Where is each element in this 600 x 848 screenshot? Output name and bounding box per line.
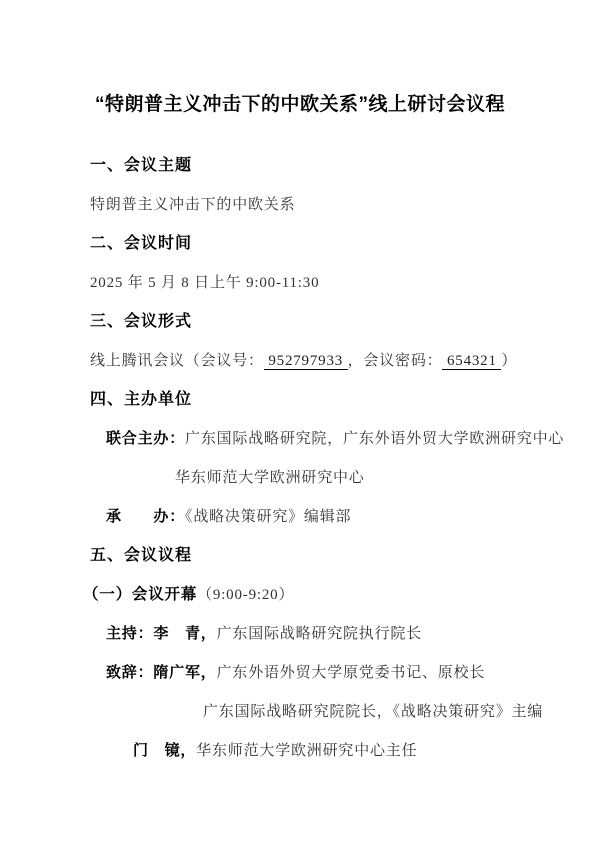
organizer-value: 《战略决策研究》编辑部 bbox=[185, 509, 351, 525]
section3-heading: 三、会议形式 bbox=[90, 312, 192, 332]
host-name: 李 青， bbox=[153, 625, 216, 642]
speaker1-title-1: 广东外语外贸大学原党委书记、原校长 bbox=[217, 665, 486, 681]
organizer-label: 承 办： bbox=[106, 508, 185, 525]
meeting-password-value: 654321 bbox=[442, 353, 501, 370]
meeting-time-text: 2025 年 5 月 8 日上午 9:00-11:30 bbox=[90, 273, 319, 293]
document-title: “特朗普主义冲击下的中欧关系”线上研讨会议程 bbox=[0, 92, 600, 118]
meeting-id-value: 952797933 bbox=[264, 353, 348, 370]
section2-heading: 二、会议时间 bbox=[90, 234, 192, 254]
speaker2-name: 门 镜， bbox=[133, 742, 196, 759]
speech-line-1: 致辞：隋广军，广东外语外贸大学原党委书记、原校长 bbox=[106, 663, 485, 683]
speech-label: 致辞： bbox=[106, 664, 153, 681]
speaker1-name: 隋广军， bbox=[153, 664, 216, 681]
section1-heading: 一、会议主题 bbox=[90, 156, 192, 176]
meeting-format-mid: ，会议密码： bbox=[348, 353, 443, 369]
meeting-format-suffix: ） bbox=[501, 353, 517, 369]
speaker1-title-2: 广东国际战略研究院院长，《战略决策研究》主编 bbox=[203, 702, 543, 722]
cohost-organizations: 广东国际战略研究院，广东外语外贸大学欧洲研究中心 bbox=[185, 431, 564, 447]
meeting-format-line: 线上腾讯会议（会议号： 952797933 ，会议密码： 654321 ） bbox=[90, 351, 517, 371]
host-label: 主持： bbox=[106, 625, 153, 642]
agenda-opening-time: （9:00-9:20） bbox=[197, 587, 294, 603]
meeting-format-prefix: 线上腾讯会议（会议号： bbox=[90, 353, 264, 369]
section4-heading: 四、主办单位 bbox=[90, 390, 192, 410]
cohost-organization-2: 华东师范大学欧洲研究中心 bbox=[175, 468, 365, 488]
agenda-opening-title: （一）会议开幕 bbox=[83, 586, 197, 603]
cohost-label: 联合主办： bbox=[106, 430, 185, 447]
speaker2-title: 华东师范大学欧洲研究中心主任 bbox=[196, 743, 417, 759]
section5-heading: 五、会议议程 bbox=[90, 546, 192, 566]
document-page: “特朗普主义冲击下的中欧关系”线上研讨会议程 一、会议主题 特朗普主义冲击下的中… bbox=[0, 0, 600, 848]
organizer-line: 承 办：《战略决策研究》编辑部 bbox=[106, 507, 351, 527]
cohost-line: 联合主办：广东国际战略研究院，广东外语外贸大学欧洲研究中心 bbox=[106, 429, 564, 449]
host-line: 主持：李 青，广东国际战略研究院执行院长 bbox=[106, 624, 422, 644]
speech-line-2: 门 镜，华东师范大学欧洲研究中心主任 bbox=[133, 741, 417, 761]
host-title: 广东国际战略研究院执行院长 bbox=[217, 626, 422, 642]
meeting-topic-text: 特朗普主义冲击下的中欧关系 bbox=[90, 195, 295, 215]
agenda-opening-line: （一）会议开幕（9:00-9:20） bbox=[83, 585, 294, 605]
